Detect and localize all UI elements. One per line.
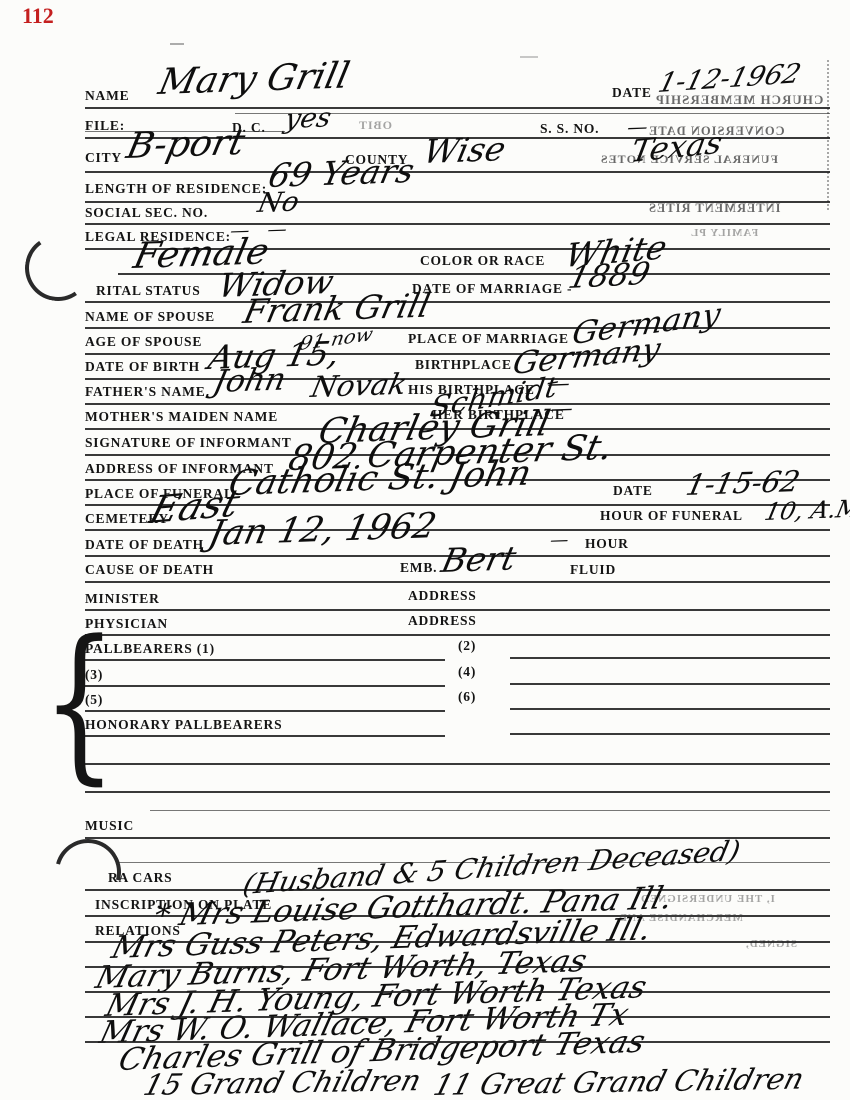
funeral-hour-value: 10, A.M. — [762, 494, 850, 526]
death-date-value: Jan 12, 1962 — [205, 506, 440, 554]
funeral-date-label: DATE — [613, 483, 653, 499]
social-sec-label: SOCIAL SEC. NO. — [85, 205, 208, 221]
marriage-date-value: 1889 — [565, 256, 653, 296]
fluid-label: FLUID — [570, 562, 616, 578]
father-first-value: John — [210, 362, 289, 400]
emb-value: Bert — [438, 538, 520, 580]
physician-address-label: ADDRESS — [408, 613, 477, 629]
pallbearers-2-label: (2) — [458, 638, 476, 654]
page-number: 112 — [22, 3, 54, 29]
obit-faint-label: OBIT — [358, 118, 392, 133]
city-value: B-port — [123, 122, 248, 167]
ssn-label: S. S. NO. — [540, 121, 599, 137]
mirrored-interment-rites: INTERMENT RITES — [648, 201, 781, 216]
hour-label: HOUR — [585, 536, 629, 552]
honorary-pallbearers-label: HONORARY PALLBEARERS — [85, 717, 282, 733]
mirrored-family-plot: FAMILY PL — [690, 227, 758, 239]
right-margin-dots — [827, 60, 829, 210]
hole-punch — [28, 238, 88, 298]
birthplace-label: BIRTHPLACE — [415, 357, 512, 373]
name-value: Mary Grill — [155, 55, 353, 103]
pallbearers-4-label: (4) — [458, 664, 476, 680]
cause-of-death-label: CAUSE OF DEATH — [85, 562, 214, 578]
emb-label: EMB. — [400, 560, 437, 576]
music-label: MUSIC — [85, 818, 134, 834]
date-top-label: DATE — [612, 85, 652, 101]
name-label: NAME — [85, 88, 129, 104]
dc-value: yes — [282, 102, 334, 135]
spouse-name-value: Frank Grill — [240, 286, 434, 331]
scan-speck — [520, 56, 538, 58]
extra-cars-label-remnant: RA CARS — [108, 870, 173, 886]
mirrored-signed: SIGNED, — [745, 938, 797, 950]
spouse-name-label: NAME OF SPOUSE — [85, 309, 215, 325]
color-race-label: COLOR OR RACE — [420, 253, 545, 269]
marriage-date-label: DATE OF MARRIAGE - — [412, 281, 572, 297]
residence-label: LENGTH OF RESIDENCE: — [85, 181, 267, 197]
birth-date-label: DATE OF BIRTH — [85, 359, 200, 375]
relation-line: 15 Grand Children — [140, 1063, 425, 1100]
funeral-date-value: 1-15-62 — [683, 464, 803, 502]
county-value: Wise — [420, 129, 509, 171]
relation-line: 11 Great Grand Children — [430, 1062, 808, 1100]
informant-signature-label: SIGNATURE OF INFORMANT — [85, 435, 292, 451]
father-name-label: FATHER'S NAME — [85, 384, 206, 400]
pallbearers-1-label: PALLBEARERS (1) — [85, 641, 215, 657]
scanned-funeral-record-page: 112 NAME Mary Grill DATE CHURCH MEMBERSH… — [0, 0, 850, 1100]
minister-address-label: ADDRESS — [408, 588, 477, 604]
father-last-value: Novak — [308, 367, 410, 404]
pallbearers-3-label: (3) — [85, 667, 103, 683]
scan-speck — [170, 43, 184, 45]
spouse-age-label: AGE OF SPOUSE — [85, 334, 202, 350]
mother-maiden-label: MOTHER'S MAIDEN NAME — [85, 409, 278, 425]
hour-dash-value: — — [548, 529, 571, 551]
pallbearers-6-label: (6) — [458, 689, 476, 705]
marital-status-label: RITAL STATUS — [96, 283, 201, 299]
social-sec-value: No — [255, 187, 302, 219]
pallbearers-5-label: (5) — [85, 692, 103, 708]
city-label: CITY — [85, 150, 122, 166]
death-date-label: DATE OF DEATH — [85, 537, 204, 553]
funeral-hour-label: HOUR OF FUNERAL — [600, 508, 743, 524]
